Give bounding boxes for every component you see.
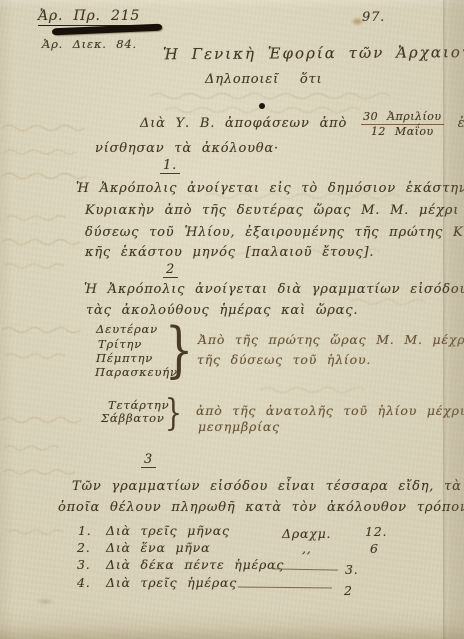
group-1-hours-line-2: τῆς δύσεως τοῦ ἡλίου.: [197, 352, 371, 367]
weekday-wednesday: Τετάρτην: [108, 398, 169, 412]
group-2-hours-line-1: ἀπὸ τῆς ἀνατολῆς τοῦ ἡλίου μέχρι τῆς: [196, 403, 464, 418]
weekday-monday: Δευτέραν: [96, 322, 158, 336]
price-row-amount: 6: [370, 541, 379, 556]
ditto-mark: ,,: [302, 541, 312, 556]
document-subtitle: Δηλοποιεῖ ὅτι: [205, 72, 322, 87]
protocol-number: Ἀρ. Πρ. 215: [38, 8, 140, 26]
price-row-num: 2.: [77, 540, 91, 555]
price-row-amount: 12.: [365, 524, 387, 539]
price-row-label: Διὰ τρεῖς ἡμέρας: [106, 575, 237, 590]
page-number: 97.: [362, 10, 385, 25]
group-2-hours-line-2: μεσημβρίας: [198, 419, 280, 434]
intro-line-2: νίσθησαν τὰ ἀκόλουθα·: [95, 141, 279, 156]
price-row-num: 4.: [77, 575, 91, 590]
section-2-number: 2: [163, 262, 178, 278]
intro-line-1: Διὰ Υ. Β. ἀποφάσεων ἀπὸ 30 Ἀπριλίου 12 Μ…: [140, 110, 464, 138]
document-title: Ἡ Γενικὴ Ἐφορία τῶν Ἀρχαιοτήτων: [163, 43, 464, 63]
dispatch-number: Ἀρ. Διεκ. 84.: [42, 37, 137, 51]
section-2-line-2: τὰς ἀκολούθους ἡμέρας καὶ ὥρας.: [86, 303, 358, 318]
price-row-currency: Δραχμ.: [282, 526, 331, 541]
manuscript-page: Ἀρ. Πρ. 215 Ἀρ. Διεκ. 84. 97. Ἡ Γενικὴ Ἐ…: [0, 0, 464, 639]
date-julian: 30 Ἀπριλίου: [361, 110, 444, 125]
ink-dot-stain: [259, 103, 265, 109]
price-row-amount: 2: [344, 583, 353, 598]
section-3-line-1: Τῶν γραμματίων εἰσόδου εἶναι τέσσαρα εἴδ…: [72, 479, 462, 494]
section-1-number: 1.: [160, 158, 180, 174]
section-3-number: 3: [141, 452, 156, 468]
price-row-label: Διὰ τρεῖς μῆνας: [106, 523, 230, 538]
weekday-saturday: Σάββατον: [101, 411, 165, 425]
price-row-label: Διὰ ἕνα μῆνα: [106, 540, 210, 555]
section-1-line-3: δύσεως τοῦ Ἡλίου, ἐξαιρουμένης τῆς πρώτη…: [85, 225, 464, 240]
price-row-num: 3.: [77, 557, 91, 572]
price-row-num: 1.: [78, 523, 92, 538]
section-1-line-2: Κυριακὴν ἀπὸ τῆς δευτέρας ὥρας Μ. Μ. μέχ…: [85, 203, 464, 218]
date-gregorian: 12 Μαΐου: [361, 125, 444, 138]
group-1-brace: }: [165, 320, 194, 380]
bleedthrough-ghost-writing: [0, 0, 464, 639]
foxing-stain: [351, 17, 364, 26]
intro-line-1-pre: Διὰ Υ. Β. ἀποφάσεων ἀπὸ: [140, 116, 347, 131]
fill-dash: [238, 587, 332, 589]
dual-calendar-date: 30 Ἀπριλίου 12 Μαΐου: [361, 110, 444, 138]
price-row-label: Διὰ δέκα πέντε ἡμέρας: [106, 557, 284, 572]
section-1-line-4: κῆς ἑκάστου μηνός [παλαιοῦ ἔτους].: [85, 245, 374, 260]
section-3-line-2: ὁποῖα θέλουν πληρωθῆ κατὰ τὸν ἀκόλουθον …: [58, 500, 464, 515]
group-2-brace: }: [165, 396, 182, 432]
section-1-line-1: Ἡ Ἀκρόπολις ἀνοίγεται εἰς τὸ δημόσιον ἑκ…: [76, 181, 464, 196]
section-2-line-1: Ἡ Ἀκρόπολις ἀνοίγεται διὰ γραμματίων εἰσ…: [84, 282, 464, 297]
group-1-hours-line-1: Ἀπὸ τῆς πρώτης ὥρας Μ. Μ. μέχρι: [198, 332, 464, 347]
weekday-thursday: Πέμπτην: [96, 351, 153, 365]
weekday-tuesday: Τρίτην: [98, 337, 142, 351]
paper-edge: [443, 0, 464, 639]
price-row-amount: 3.: [345, 562, 359, 577]
foxing-stain: [36, 598, 54, 605]
